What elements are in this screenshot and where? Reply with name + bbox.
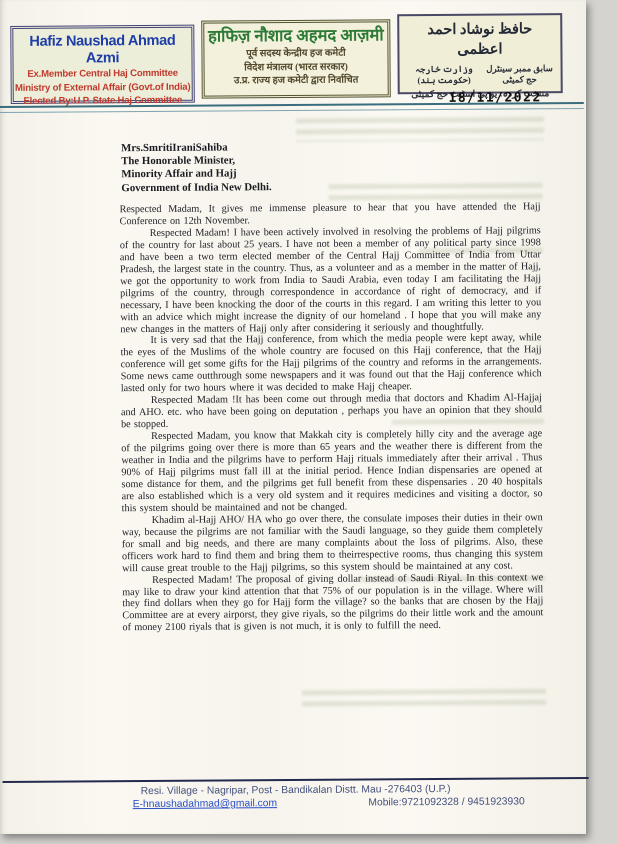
recipient-name: Mrs.SmritiIraniSahiba <box>121 141 271 155</box>
letterhead-line-english-1: Ex.Member Central Haj Committee <box>14 67 192 82</box>
letterhead-line-hindi-2: विदेश मंत्रालय (भारत सरकार) <box>205 60 388 75</box>
footer-mobile: Mobile:9721092328 / 9451923930 <box>368 795 524 809</box>
recipient-ministry: Minority Affair and Hajj <box>121 168 271 182</box>
paragraph-opening: Respected Madam, It gives me immense ple… <box>120 201 541 228</box>
scanned-letter: Hafiz Naushad Ahmad Azmi Ex.Member Centr… <box>0 0 618 844</box>
paragraph-deputation: Respected Madam !It has been come out th… <box>121 393 542 432</box>
footer-email: E-hnaushadahmad@gmail.com <box>133 797 277 811</box>
paragraph-khadim: Khadim al-Hajj AHO/ HA who go over there… <box>122 512 543 575</box>
paragraph-background: Respected Madam! I have been actively in… <box>120 225 542 336</box>
bleed-through-smudge <box>296 114 544 142</box>
letterhead-line-hindi-3: उ.प्र. राज्य हज कमेटी द्वारा निर्वाचित <box>205 73 388 88</box>
letterhead-name-hindi: हाफिज़ नौशाद अहमद आज़मी <box>204 24 387 47</box>
recipient-title: The Honorable Minister, <box>121 154 271 168</box>
paragraph-dispensaries: Respected Madam, you know that Makkah ci… <box>121 428 543 515</box>
bleed-through-smudge <box>328 180 542 201</box>
letterhead-line-hindi-1: पूर्व सदस्य केन्द्रीय हज कमेटी <box>204 46 387 61</box>
recipient-government: Government of India New Delhi. <box>121 181 271 195</box>
letter-body: Respected Madam, It gives me immense ple… <box>120 201 544 634</box>
letterhead-line-urdu-committee: سابق ممبر سینٹرل حج کمیٹی <box>483 63 555 86</box>
letterhead-box-english: Hafiz Naushad Ahmad Azmi Ex.Member Centr… <box>10 25 195 104</box>
letterhead-line-urdu-ministry: وزارت خارجہ (حکومت ہند) <box>405 64 484 87</box>
paragraph-riyal: Respected Madam! The proposal of giving … <box>122 572 543 635</box>
letterhead-name-english: Hafiz Naushad Ahmad Azmi <box>13 33 191 68</box>
footer-contact-block: Resi. Village - Nagripar, Post - Bandika… <box>3 782 589 812</box>
recipient-block: Mrs.SmritiIraniSahiba The Honorable Mini… <box>121 141 272 195</box>
bleed-through-smudge <box>302 686 546 712</box>
letterhead-box-hindi: हाफिज़ नौशाद अहमद आज़मी पूर्व सदस्य केन्… <box>201 19 391 98</box>
letter-page: Hafiz Naushad Ahmad Azmi Ex.Member Centr… <box>0 0 586 834</box>
letterhead-line-english-2: Ministry of External Affair (Govt.of Ind… <box>14 80 192 95</box>
letterhead-box-urdu: حافظ نوشاد احمد اعظمی سابق ممبر سینٹرل ح… <box>397 13 563 94</box>
paragraph-conference: It is very sad that the Hajj conference,… <box>120 333 541 396</box>
letterhead-name-urdu: حافظ نوشاد احمد اعظمی <box>404 19 555 60</box>
letter-date: 18/11/2022 <box>448 90 541 106</box>
